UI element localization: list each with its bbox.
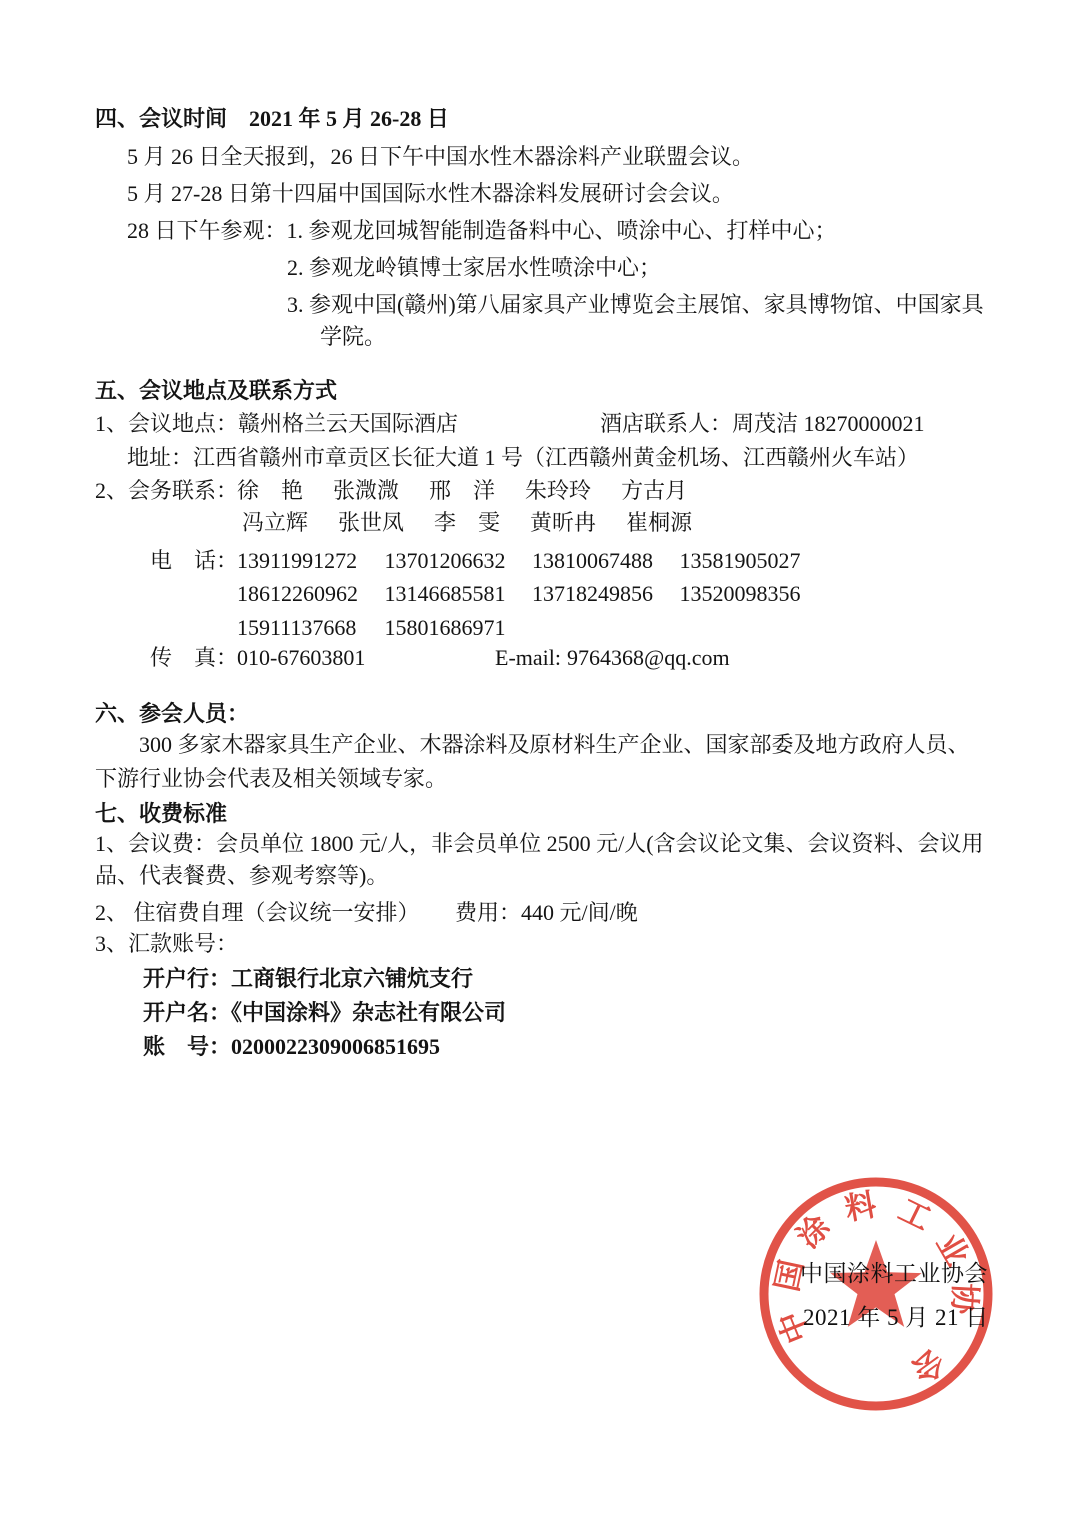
phone-number: 18612260962 (237, 583, 379, 605)
document-page: { "s4": { "title": "四、会议时间 2021 年 5 月 26… (0, 0, 1080, 1528)
stamp-arc-char: 料 (842, 1187, 879, 1227)
phone-number: 15911137668 (237, 617, 379, 639)
phone-label: 电 话： (150, 550, 238, 572)
fax-label: 传 真： (150, 647, 238, 669)
venue-line: 1、会议地点：赣州格兰云天国际酒店 (95, 413, 458, 435)
section4-line1: 5 月 26 日全天报到，26 日下午中国水性木器涂料产业联盟会议。 (127, 146, 754, 168)
contacts-row-2: 冯立辉 张世凤 李 雯 黄昕冉 崔桐源 (242, 512, 692, 534)
phone-number: 13911991272 (237, 550, 379, 572)
phone-number: 13146685581 (385, 583, 527, 605)
signing-date: 2021 年 5 月 21 日 (803, 1306, 989, 1329)
phone-number: 13718249856 (532, 583, 674, 605)
phone-number: 13810067488 (532, 550, 674, 572)
lodging-fee: 费用：440 元/间/晚 (455, 902, 638, 924)
contact-name: 张溦溦 (333, 480, 399, 502)
phones-row-2: 18612260962 13146685581 13718249856 1352… (237, 583, 822, 605)
bank-branch: 开户行：工商银行北京六铺炕支行 (143, 968, 473, 990)
section4-line3: 28 日下午参观：1. 参观龙回城智能制造备料中心、喷涂中心、打样中心； (127, 220, 837, 242)
contacts-label: 2、会务联系： (95, 480, 238, 502)
section7-title: 七、收费标准 (95, 803, 227, 825)
attendees-paragraph: 300 多家木器家具生产企业、木器涂料及原材料生产企业、国家部委及地方政府人员、… (95, 728, 987, 796)
phone-number: 13581905027 (680, 550, 822, 572)
bank-account-name: 开户名：《中国涂料》杂志社有限公司 (143, 1002, 506, 1024)
contacts-row-1: 徐 艳 张溦溦 邢 洋 朱玲玲 方古月 (237, 480, 687, 502)
fax-number: 010-67603801 (237, 647, 365, 669)
contact-name: 张世凤 (338, 512, 404, 534)
section4-title: 四、会议时间 2021 年 5 月 26-28 日 (95, 108, 449, 130)
contact-name: 徐 艳 (237, 480, 303, 502)
phone-number: 15801686971 (385, 617, 527, 639)
email-line: E-mail:9764368@qq.com (495, 647, 730, 669)
signing-org-name: 中国涂料工业协会 (800, 1262, 988, 1285)
stamp-svg: 中 国 涂 料 工 业 协 会 (746, 1164, 1006, 1424)
section4-line6: 学院。 (320, 326, 386, 348)
fee-paragraph: 1、会议费：会员单位 1800 元/人，非会员单位 2500 元/人(含会议论文… (95, 828, 987, 892)
email-label: E-mail: (495, 645, 561, 670)
phones-row-1: 13911991272 13701206632 13810067488 1358… (237, 550, 822, 572)
section4-line4: 2. 参观龙岭镇博士家居水性喷涂中心； (287, 257, 661, 279)
contact-name: 李 雯 (434, 512, 500, 534)
bank-account-number: 账 号：0200022309006851695 (143, 1036, 440, 1058)
section4-line5: 3. 参观中国(赣州)第八届家具产业博览会主展馆、家具博物馆、中国家具 (287, 294, 984, 316)
contact-name: 邢 洋 (429, 480, 495, 502)
phones-row-3: 15911137668 15801686971 (237, 617, 527, 639)
contact-name: 黄昕冉 (530, 512, 596, 534)
official-seal-stamp: 中 国 涂 料 工 业 协 会 (746, 1164, 1006, 1424)
email-address: 9764368@qq.com (567, 645, 730, 670)
phone-number: 13701206632 (385, 550, 527, 572)
contact-name: 冯立辉 (242, 512, 308, 534)
section5-title: 五、会议地点及联系方式 (95, 380, 337, 402)
address-line: 地址：江西省赣州市章贡区长征大道 1 号（江西赣州黄金机场、江西赣州火车站） (127, 447, 919, 469)
section6-title: 六、参会人员： (95, 703, 249, 725)
contact-name: 方古月 (621, 480, 687, 502)
lodging-line: 2、 住宿费自理（会议统一安排） (95, 902, 420, 924)
contact-name: 崔桐源 (626, 512, 692, 534)
remittance-line: 3、汇款账号： (95, 933, 238, 955)
section4-line2: 5 月 27-28 日第十四届中国国际水性木器涂料发展研讨会会议。 (127, 183, 734, 205)
hotel-contact: 酒店联系人：周茂洁 18270000021 (600, 413, 925, 435)
phone-number: 13520098356 (680, 583, 822, 605)
contact-name: 朱玲玲 (525, 480, 591, 502)
